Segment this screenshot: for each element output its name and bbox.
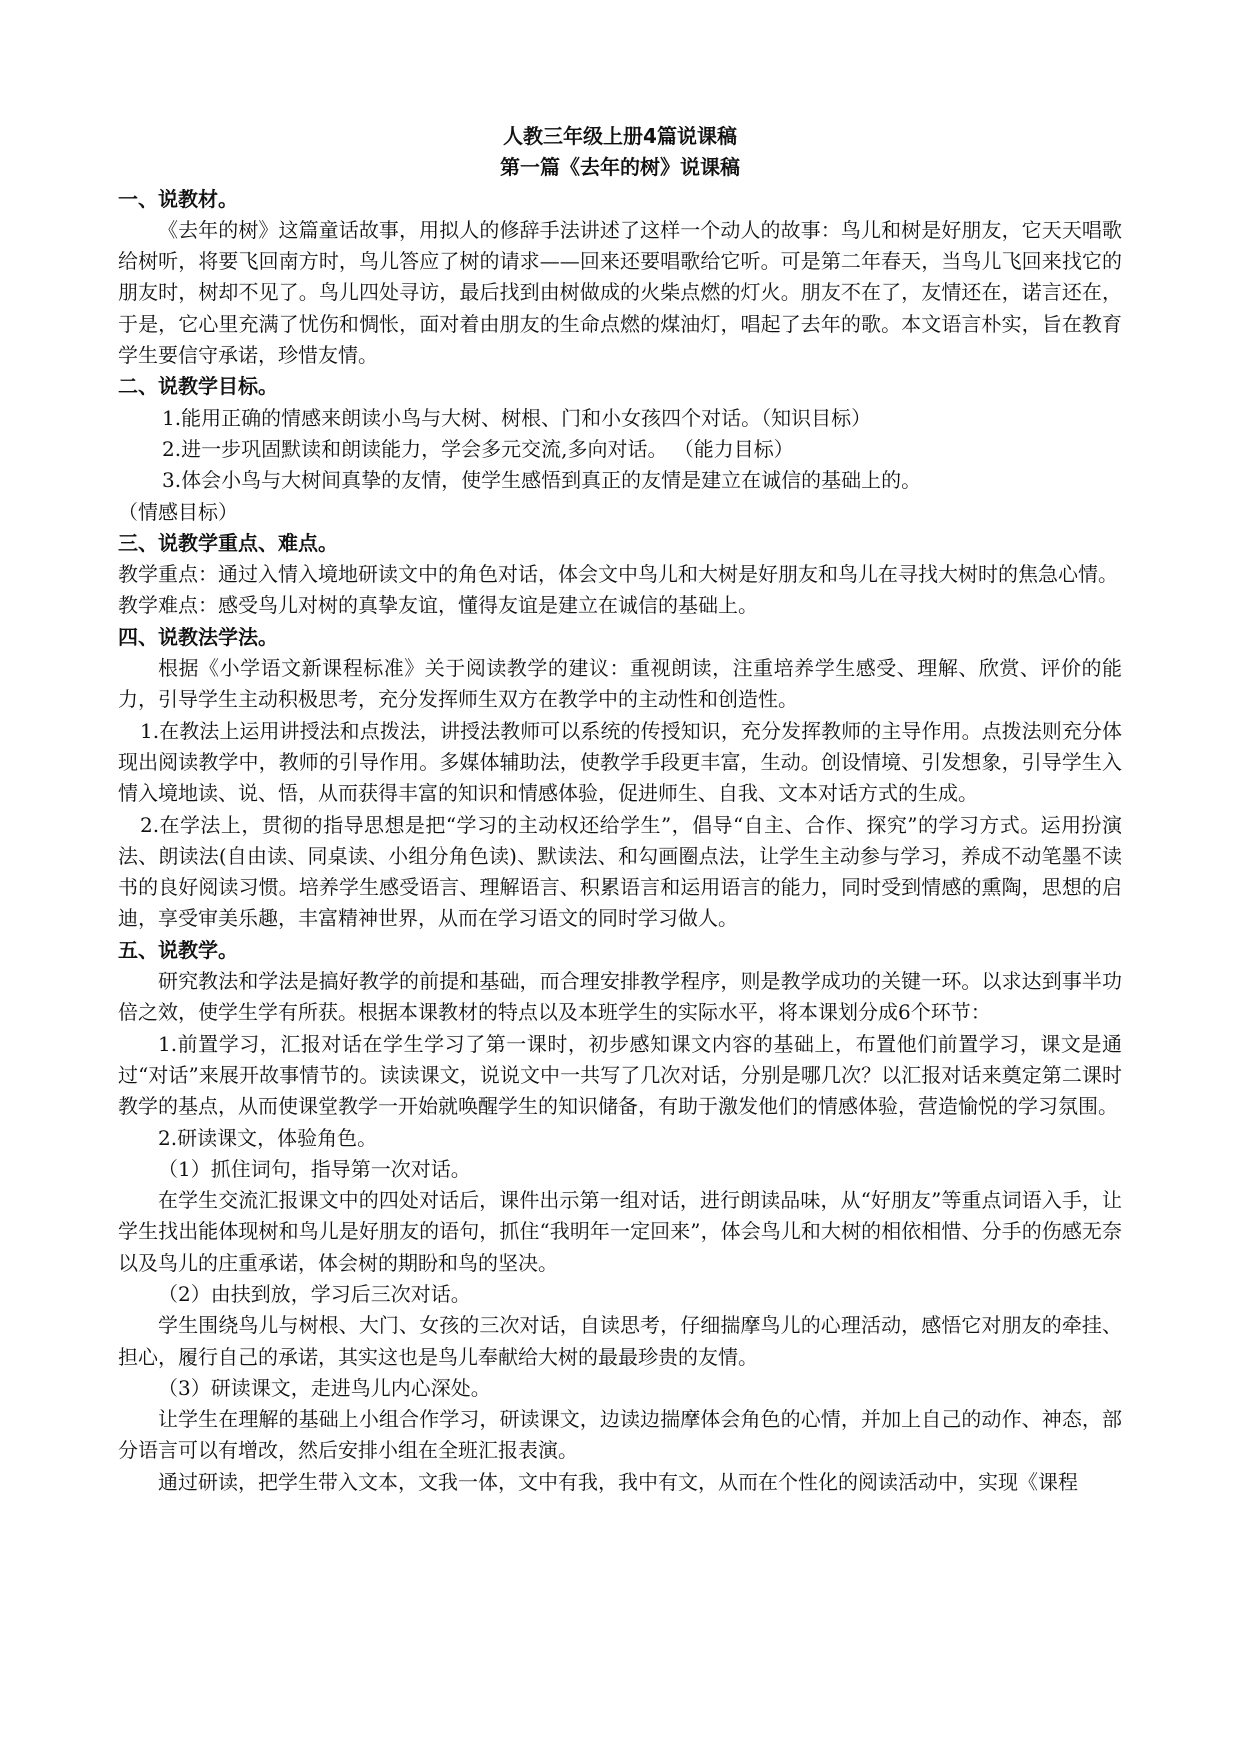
key-point-row: 教学重点： 通过入情入境地研读文中的角色对话，体会文中鸟儿和大树是好朋友和鸟儿在… [118, 559, 1122, 590]
section-heading-3: 三、说教学重点、难点。 [118, 528, 1122, 559]
sub-step-3-title: （3）研读课文，走进鸟儿内心深处。 [118, 1373, 1122, 1404]
section-heading-4: 四、说教法学法。 [118, 622, 1122, 653]
key-point-label: 教学重点： [118, 559, 218, 590]
difficulty-text: 感受鸟儿对树的真挚友谊，懂得友谊是建立在诚信的基础上。 [218, 590, 1122, 621]
key-point-text: 通过入情入境地研读文中的角色对话，体会文中鸟儿和大树是好朋友和鸟儿在寻找大树时的… [218, 559, 1122, 590]
goal-item-3-tail: （情感目标） [118, 497, 1122, 528]
teaching-intro: 研究教法和学法是搞好教学的前提和基础，而合理安排教学程序，则是教学成功的关键一环… [118, 966, 1122, 1029]
section-heading-2: 二、说教学目标。 [118, 371, 1122, 402]
difficulty-row: 教学难点： 感受鸟儿对树的真挚友谊，懂得友谊是建立在诚信的基础上。 [118, 590, 1122, 621]
method-item-2: 2.在学法上，贯彻的指导思想是把“学习的主动权还给学生”，倡导“自主、合作、探究… [118, 810, 1122, 935]
sub-step-2-text: 学生围绕鸟儿与树根、大门、女孩的三次对话，自读思考，仔细揣摩鸟儿的心理活动，感悟… [118, 1310, 1122, 1373]
method-item-1: 1.在教法上运用讲授法和点拨法，讲授法教师可以系统的传授知识，充分发挥教师的主导… [118, 716, 1122, 810]
closing-paragraph: 通过研读，把学生带入文本，文我一体，文中有我，我中有文，从而在个性化的阅读活动中… [118, 1467, 1122, 1498]
document-subtitle: 第一篇《去年的树》说课稿 [118, 152, 1122, 183]
difficulty-label: 教学难点： [118, 590, 218, 621]
document-page: 人教三年级上册4篇说课稿 第一篇《去年的树》说课稿 一、说教材。 《去年的树》这… [118, 121, 1122, 1498]
sub-step-1-title: （1）抓住词句，指导第一次对话。 [118, 1154, 1122, 1185]
method-intro: 根据《小学语文新课程标准》关于阅读教学的建议：重视朗读，注重培养学生感受、理解、… [118, 653, 1122, 716]
section-heading-5: 五、说教学。 [118, 935, 1122, 966]
sub-step-2-title: （2）由扶到放，学习后三次对话。 [118, 1279, 1122, 1310]
sub-step-1-text: 在学生交流汇报课文中的四处对话后，课件出示第一组对话，进行朗读品味，从“好朋友”… [118, 1185, 1122, 1279]
section-1-paragraph: 《去年的树》这篇童话故事，用拟人的修辞手法讲述了这样一个动人的故事：鸟儿和树是好… [118, 215, 1122, 371]
sub-step-3-text: 让学生在理解的基础上小组合作学习，研读课文，边读边揣摩体会角色的心情，并加上自己… [118, 1404, 1122, 1467]
goal-item-2: 2.进一步巩固默读和朗读能力，学会多元交流,多向对话。 （能力目标） [118, 434, 1122, 465]
teaching-step-1: 1.前置学习，汇报对话在学生学习了第一课时，初步感知课文内容的基础上，布置他们前… [118, 1029, 1122, 1123]
document-title: 人教三年级上册4篇说课稿 [118, 121, 1122, 152]
section-heading-1: 一、说教材。 [118, 184, 1122, 215]
teaching-step-2: 2.研读课文，体验角色。 [118, 1123, 1122, 1154]
goal-item-1: 1.能用正确的情感来朗读小鸟与大树、树根、门和小女孩四个对话。（知识目标） [118, 403, 1122, 434]
goal-item-3: 3.体会小鸟与大树间真挚的友情，使学生感悟到真正的友情是建立在诚信的基础上的。 [118, 465, 1122, 496]
